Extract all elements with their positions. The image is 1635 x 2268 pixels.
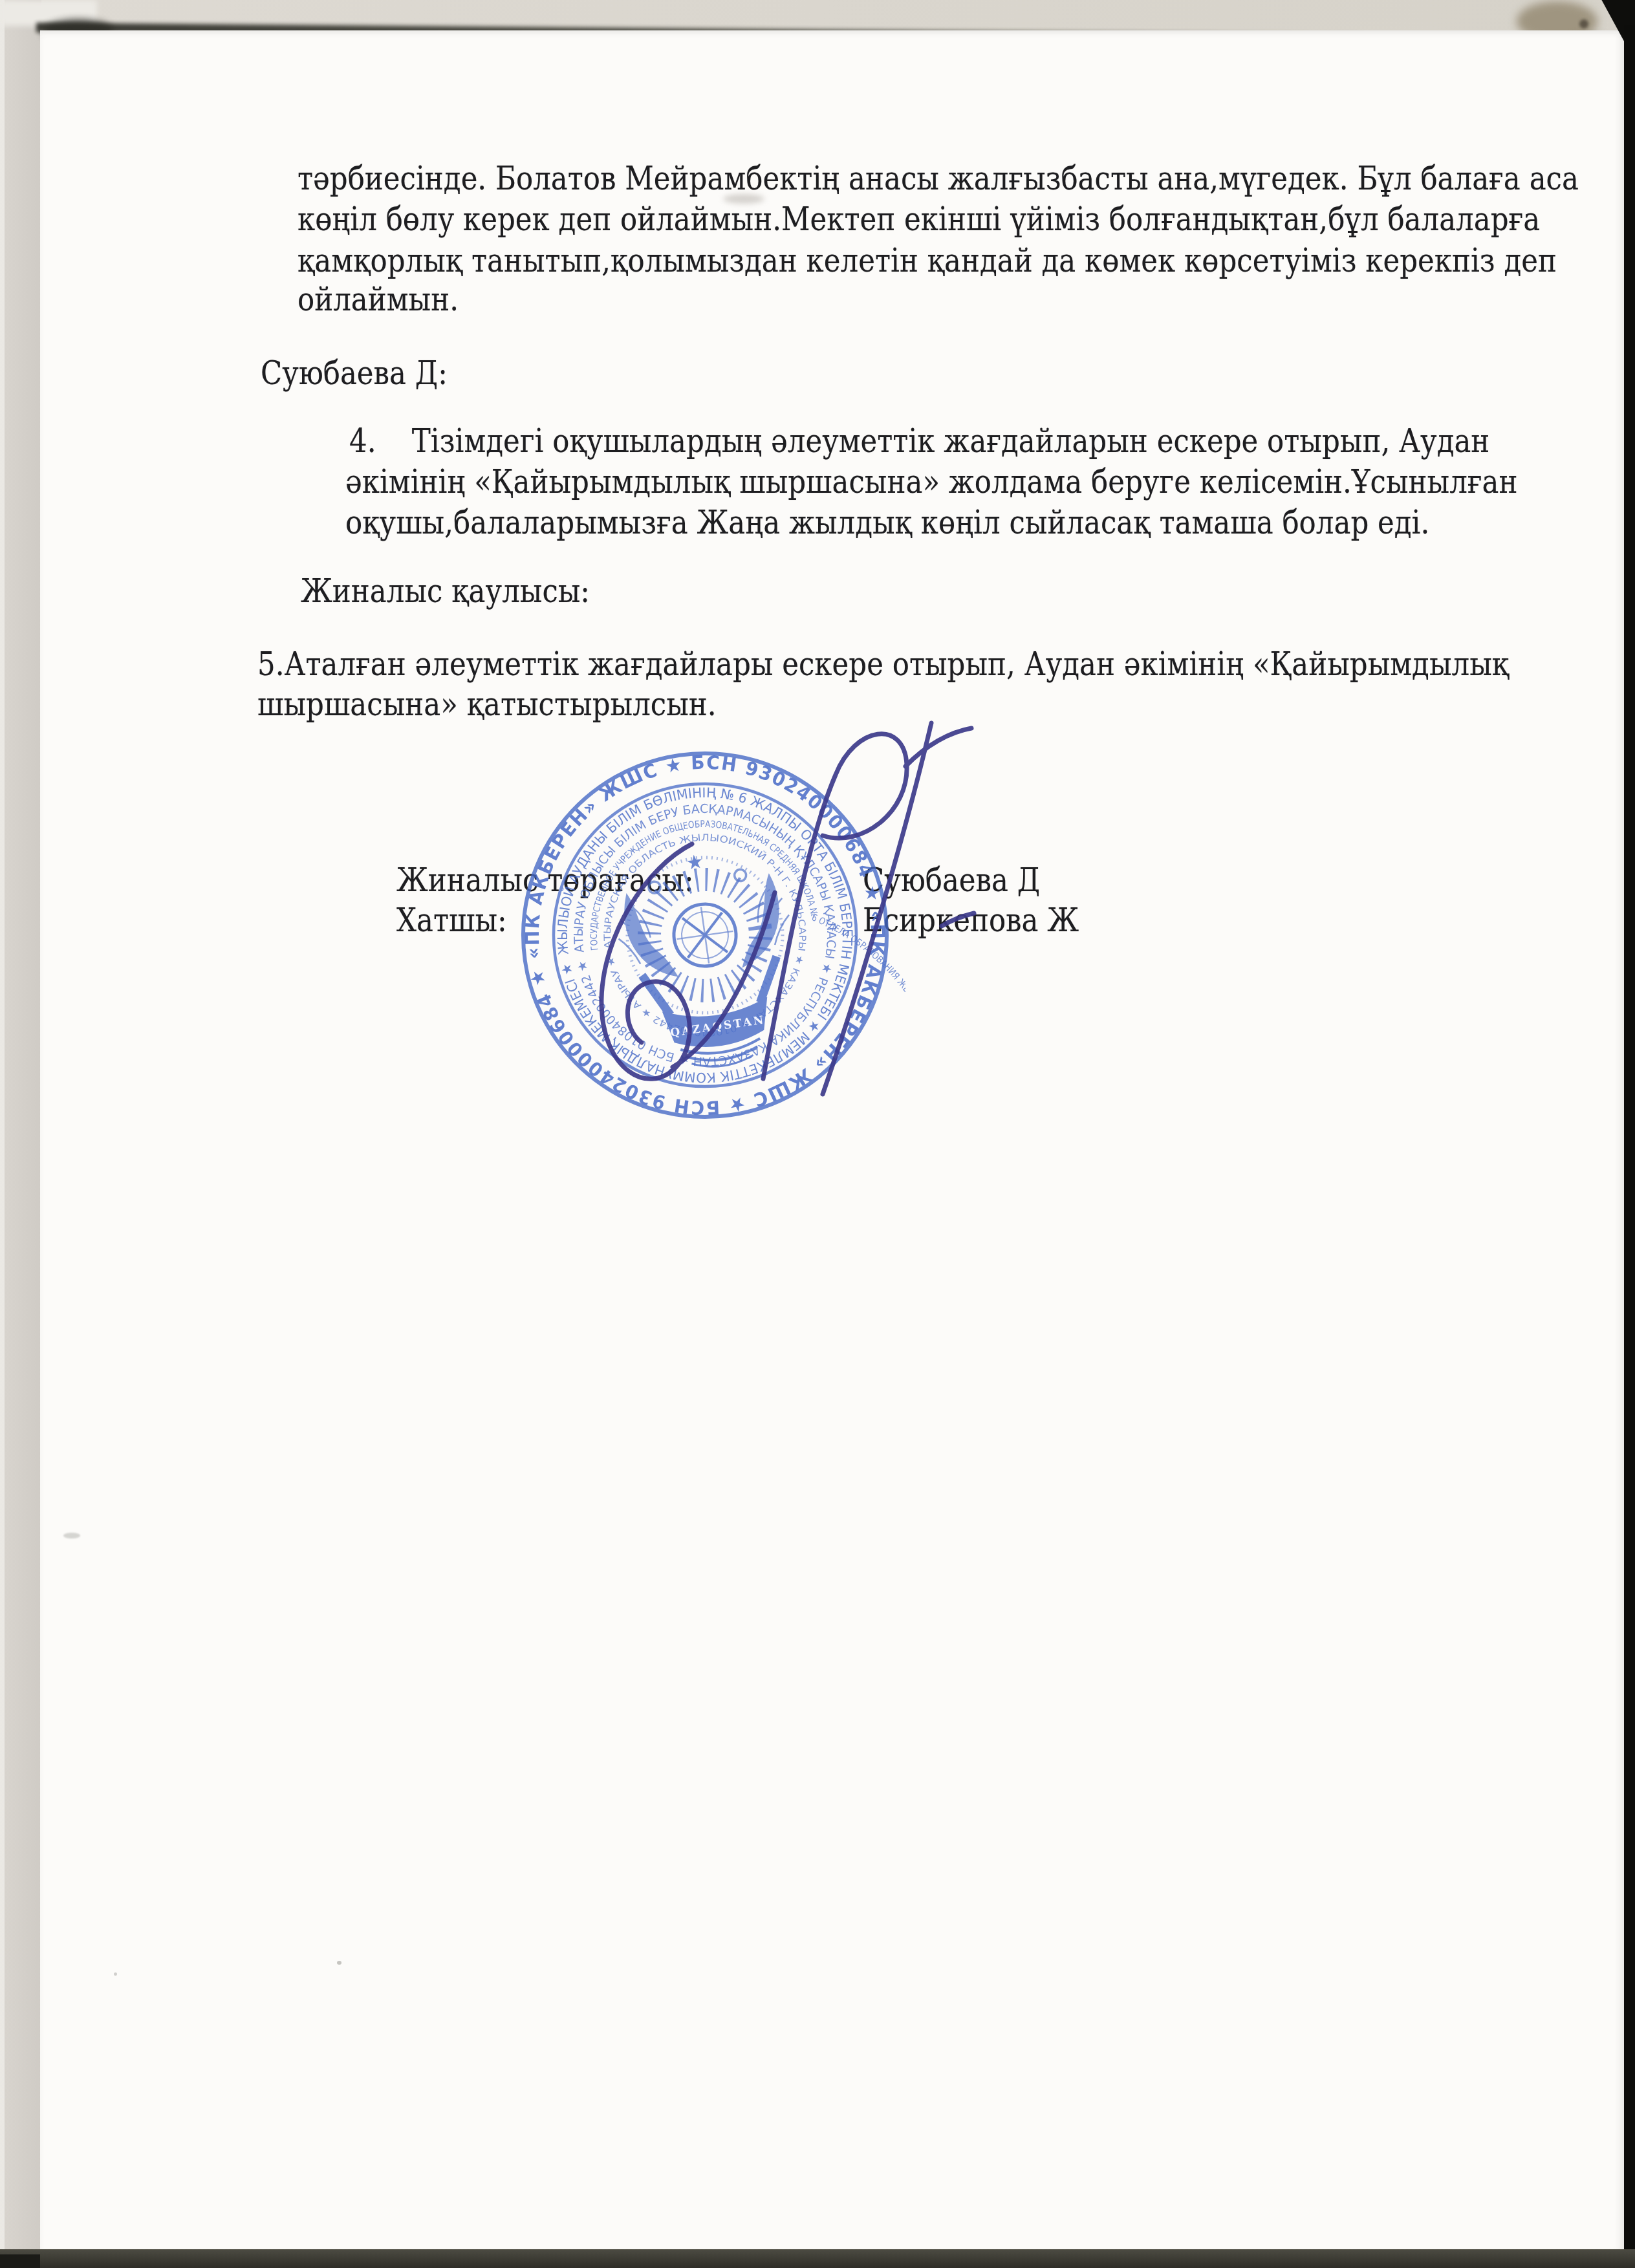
- signature-stroke: [823, 723, 931, 1094]
- list-item-4-line: әкімінің «Қайырымдылық шыршасына» жолдам…: [345, 466, 1518, 498]
- signature-ink: [420, 679, 1067, 1164]
- text-line: тәрбиесінде. Болатов Мейрамбектің анасы …: [298, 162, 1579, 195]
- list-item-4-line: 4. Тізімдегі оқушылардың әлеуметтік жағд…: [349, 425, 1489, 457]
- scanned-document: тәрбиесінде. Болатов Мейрамбектің анасы …: [0, 0, 1635, 2268]
- speaker-line: Суюбаева Д:: [261, 357, 448, 389]
- scan-left-margin: [0, 0, 41, 2268]
- scan-speck: [114, 1972, 117, 1976]
- signature-stroke: [942, 913, 974, 926]
- scan-bottom-left-block: [0, 2254, 40, 2268]
- scan-speck: [63, 1533, 80, 1539]
- text-line: көңіл бөлу керек деп ойлаймын.Мектеп екі…: [298, 203, 1540, 235]
- list-item-5-line: 5.Аталған әлеуметтік жағдайлары ескере о…: [257, 648, 1509, 680]
- resolution-heading: Жиналыс қаулысы:: [301, 575, 590, 607]
- text-line: ойлаймын.: [298, 283, 459, 316]
- text-line: қамқорлық танытып,қолымыздан келетін қан…: [298, 244, 1557, 277]
- signature-stroke: [601, 844, 692, 1079]
- signature-stroke: [763, 734, 907, 1079]
- scan-speck: [337, 1961, 341, 1965]
- scan-stain: [1579, 19, 1588, 28]
- signature-stroke: [905, 728, 971, 766]
- list-item-4-line: оқушы,балаларымызға Жаңа жылдық көңіл сы…: [345, 506, 1429, 539]
- scan-bottom-band: [0, 2249, 1635, 2268]
- scan-smudge: [723, 194, 764, 204]
- scan-left-highlight: [0, 0, 5, 2268]
- scan-right-band: [1624, 25, 1635, 2268]
